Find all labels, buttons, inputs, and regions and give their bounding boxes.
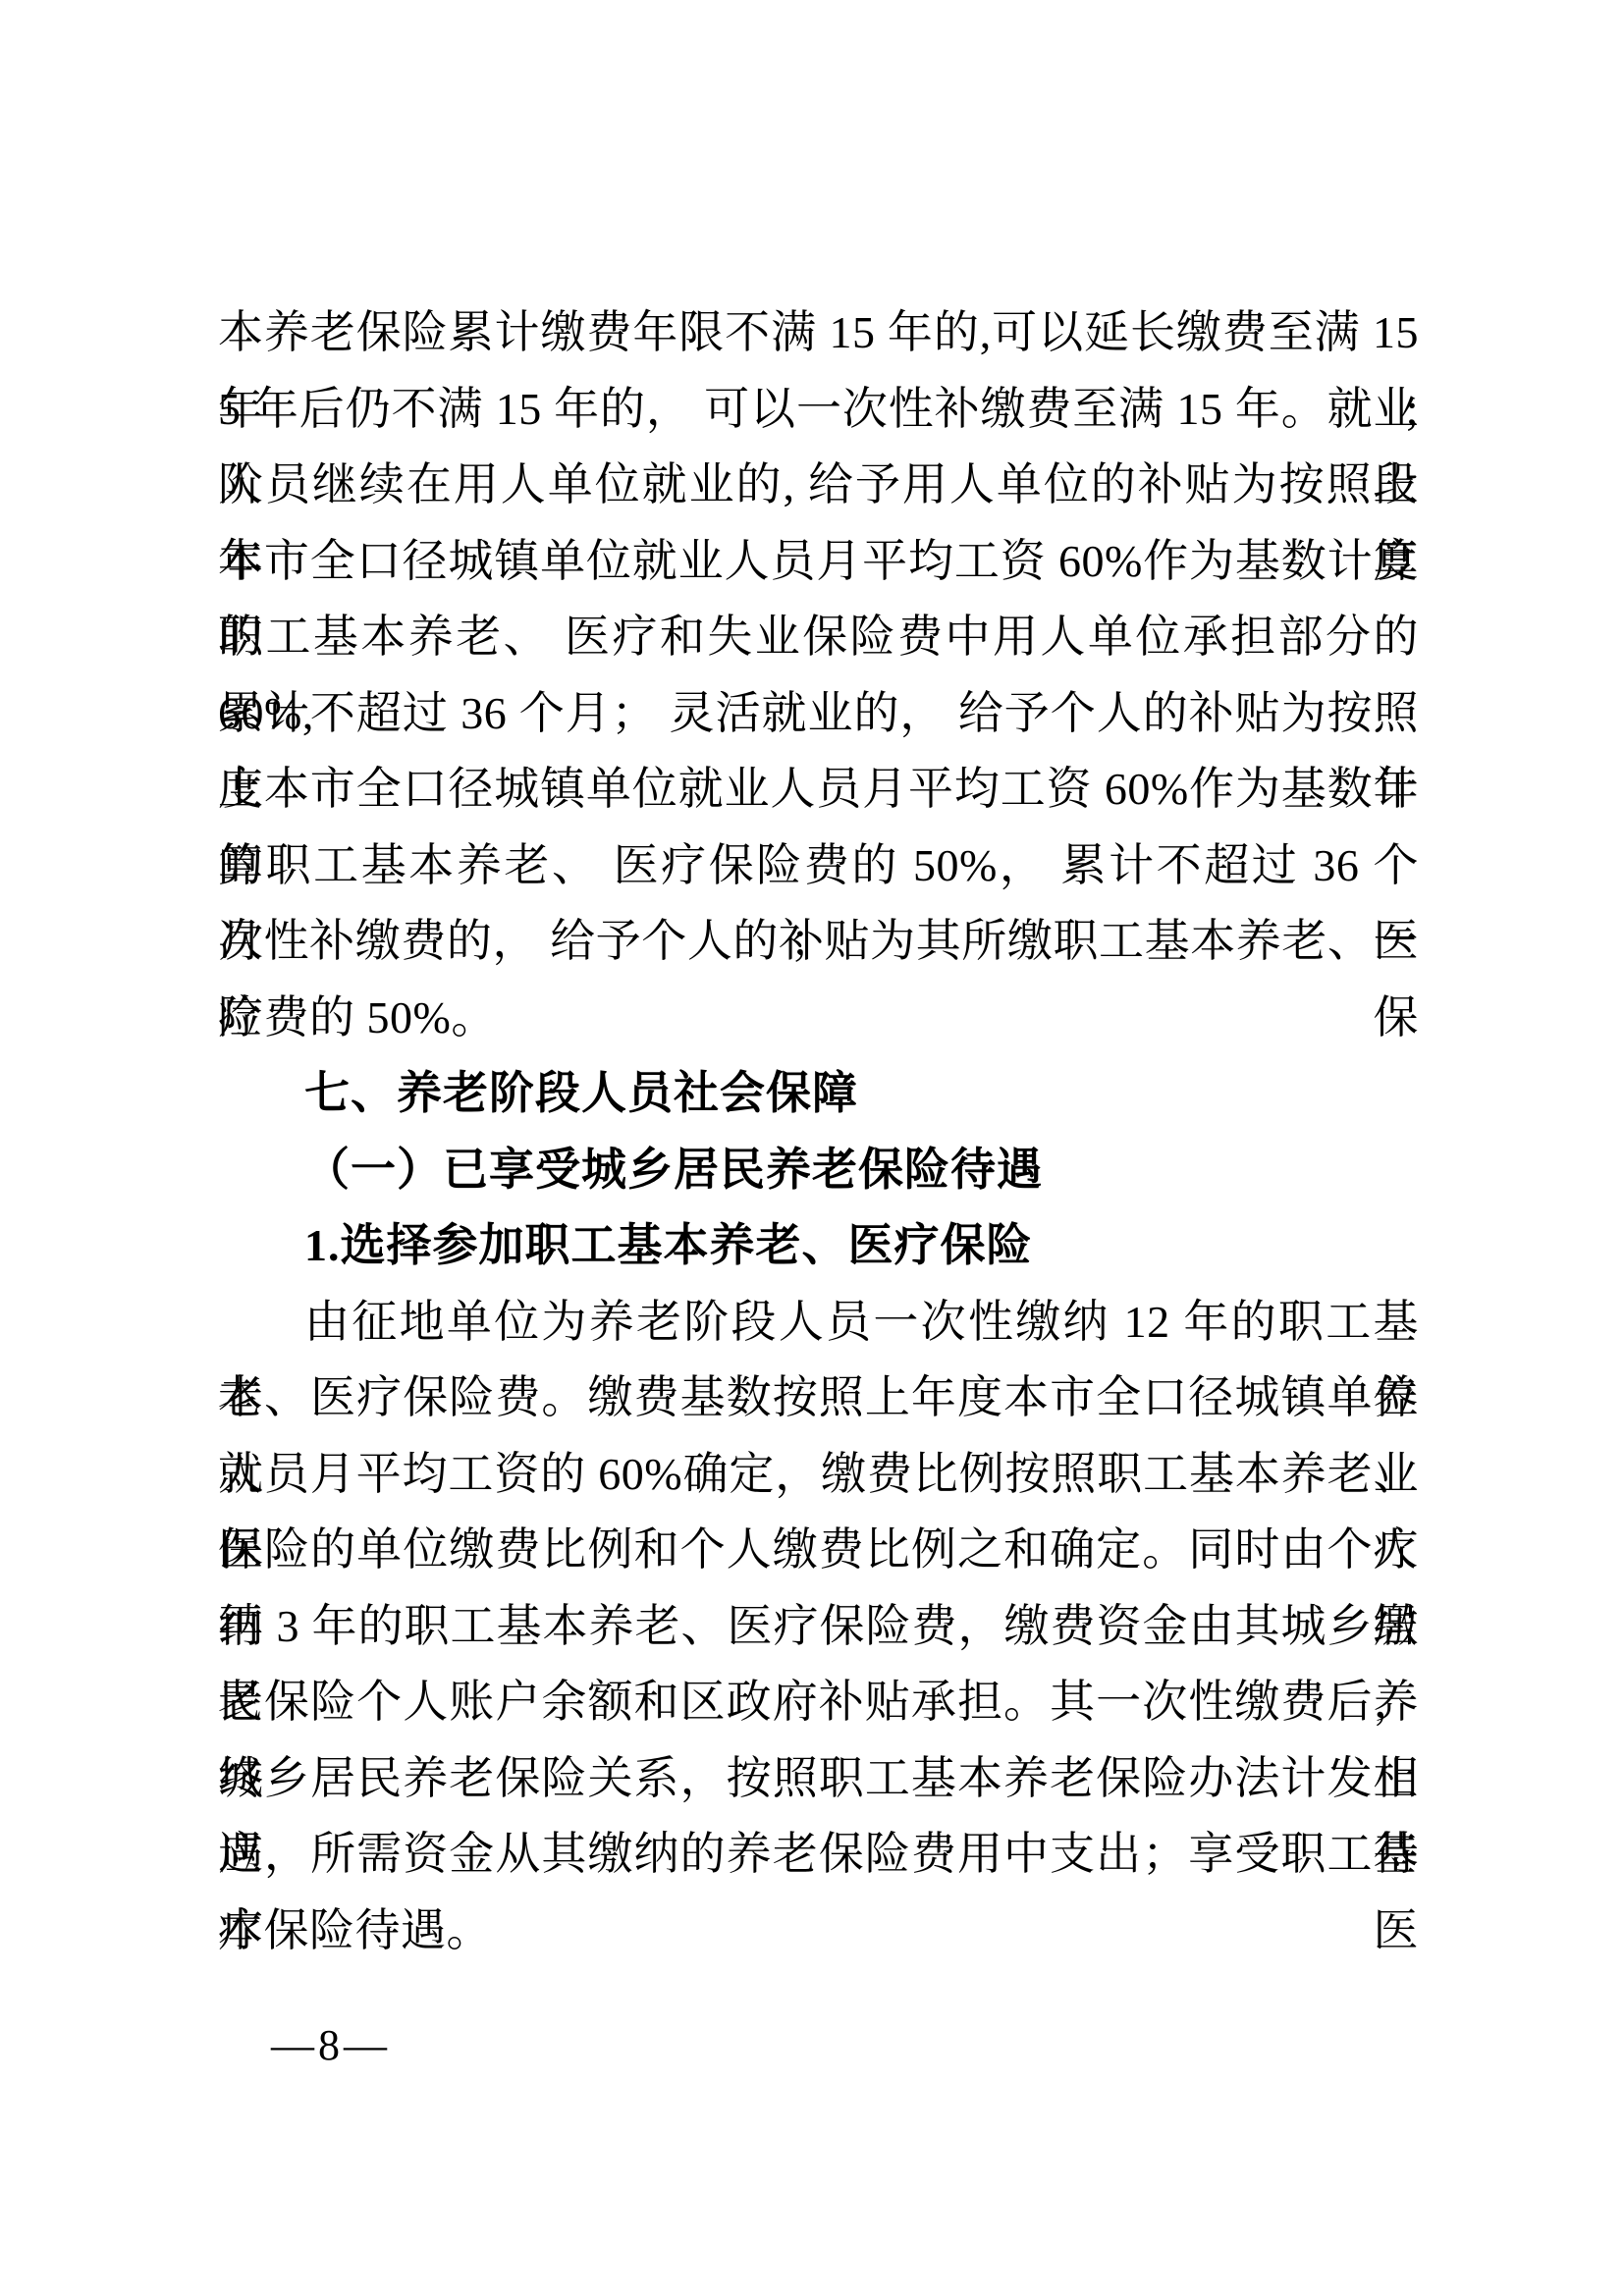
text-line: 次性补缴费的， 给予个人的补贴为其所缴职工基本养老、医疗保: [218, 903, 1419, 980]
section-heading: 七、养老阶段人员社会保障: [218, 1055, 1419, 1132]
text-line: 本市全口径城镇单位就业人员月平均工资 60%作为基数计算的: [218, 523, 1419, 600]
text-line: 5 年后仍不满 15 年的， 可以一次性补缴费至满 15 年。就业阶段: [218, 371, 1419, 448]
text-line: 城乡居民养老保险关系，按照职工基本养老保险办法计发相应待: [218, 1740, 1419, 1817]
text-line: 累计不超过 36 个月； 灵活就业的， 给予个人的补贴为按照上年: [218, 675, 1419, 752]
text-line: 纳 3 年的职工基本养老、医疗保险费，缴费资金由其城乡居民养: [218, 1588, 1419, 1665]
text-line: 本养老保险累计缴费年限不满 15 年的,可以延长缴费至满 15 年;: [218, 294, 1419, 371]
text-line: 职工基本养老、 医疗和失业保险费中用人单位承担部分的 60%,: [218, 599, 1419, 675]
text-line: 人员继续在用人单位就业的, 给予用人单位的补贴为按照上年度: [218, 447, 1419, 523]
text-line: 老保险个人账户余额和区政府补贴承担。其一次性缴费后，终止: [218, 1664, 1419, 1740]
text-line: 遇，所需资金从其缴纳的养老保险费用中支出；享受职工基本医: [218, 1816, 1419, 1893]
text-line: 由征地单位为养老阶段人员一次性缴纳 12 年的职工基本养: [218, 1284, 1419, 1361]
page-number: —8—: [271, 2020, 391, 2071]
text-line: 人员月平均工资的 60%确定，缴费比例按照职工基本养老、医疗: [218, 1436, 1419, 1513]
document-text-block: 本养老保险累计缴费年限不满 15 年的,可以延长缴费至满 15 年; 5 年后仍…: [218, 294, 1419, 1968]
subsection-heading: （一）已享受城乡居民养老保险待遇: [218, 1132, 1419, 1208]
text-line: 的职工基本养老、 医疗保险费的 50%， 累计不超过 36 个月； 一: [218, 828, 1419, 904]
document-page: 本养老保险累计缴费年限不满 15 年的,可以延长缴费至满 15 年; 5 年后仍…: [0, 0, 1624, 2296]
text-line: 老、医疗保险费。缴费基数按照上年度本市全口径城镇单位就业: [218, 1360, 1419, 1436]
text-line: 度本市全口径城镇单位就业人员月平均工资 60%作为基数计算: [218, 751, 1419, 828]
text-line: 保险的单位缴费比例和个人缴费比例之和确定。同时由个人再缴: [218, 1512, 1419, 1588]
item-heading: 1.选择参加职工基本养老、医疗保险: [218, 1207, 1419, 1284]
